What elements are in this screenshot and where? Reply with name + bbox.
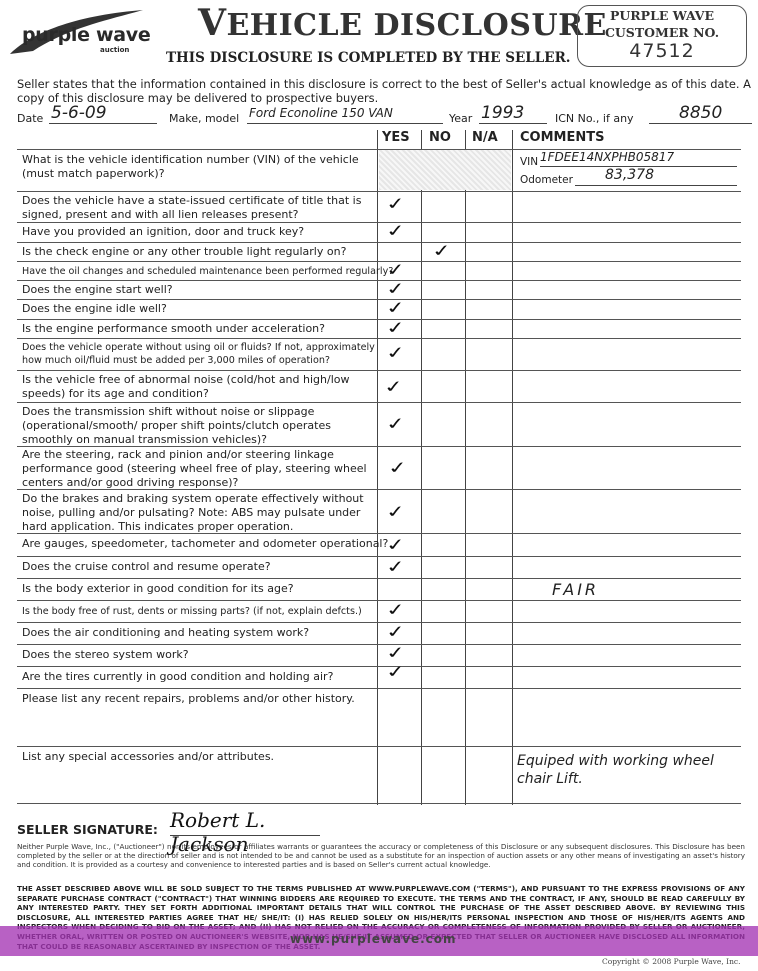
question-recent-repairs: Please list any recent repairs, problems… xyxy=(22,692,355,706)
yes-checkbox-engine-idle[interactable]: ✓ xyxy=(384,297,408,318)
page-title: VEHICLE DISCLOSURE xyxy=(198,2,607,44)
row-divider xyxy=(17,644,741,645)
row-divider xyxy=(17,402,741,403)
disclosure-table: YES NO N/A COMMENTS What is the vehicle … xyxy=(17,130,741,805)
column-divider xyxy=(377,130,378,805)
accessories-comment[interactable]: Equiped with working wheel chair Lift. xyxy=(517,752,732,788)
column-header-no: NO xyxy=(429,130,451,145)
make-model-label: Make, model xyxy=(169,112,239,125)
yes-checkbox-engine-start[interactable]: ✓ xyxy=(384,278,408,299)
row-divider xyxy=(17,338,741,339)
question-engine-start: Does the engine start well? xyxy=(22,283,173,297)
row-divider xyxy=(17,319,741,320)
question-engine-idle: Does the engine idle well? xyxy=(22,302,167,316)
row-divider xyxy=(17,556,741,557)
column-divider xyxy=(465,130,466,805)
question-oil-fluids: Does the vehicle operate without using o… xyxy=(22,341,377,367)
question-abnormal-noise: Is the vehicle free of abnormal noise (c… xyxy=(22,373,372,401)
logo-brand-text: purple wave xyxy=(22,24,150,46)
odometer-field[interactable]: 83,378 xyxy=(575,167,737,186)
customer-box-label-1: PURPLE WAVE xyxy=(578,9,746,23)
year-field[interactable]: 1993 xyxy=(479,104,547,124)
yes-checkbox-oil-fluids[interactable]: ✓ xyxy=(384,342,408,363)
date-field[interactable]: 5-6-09 xyxy=(49,104,157,124)
question-gauges: Are gauges, speedometer, tachometer and … xyxy=(22,537,388,551)
body-exterior-comment[interactable]: FAIR xyxy=(552,580,599,599)
yes-checkbox-keys[interactable]: ✓ xyxy=(384,220,408,241)
yes-checkbox-transmission[interactable]: ✓ xyxy=(384,413,408,434)
column-header-comments: COMMENTS xyxy=(520,130,604,145)
make-model-field[interactable]: Ford Econoline 150 VAN xyxy=(247,104,443,124)
question-brakes: Do the brakes and braking system operate… xyxy=(22,492,374,534)
question-cruise-control: Does the cruise control and resume opera… xyxy=(22,560,271,574)
question-vin: What is the vehicle identification numbe… xyxy=(22,153,362,181)
row-divider xyxy=(17,578,741,579)
yes-checkbox-rust-dents[interactable]: ✓ xyxy=(384,599,408,620)
yes-checkbox-steering[interactable]: ✓ xyxy=(386,457,410,478)
customer-box-label-2: CUSTOMER NO. xyxy=(578,26,746,40)
yes-checkbox-oil-changes[interactable]: ✓ xyxy=(384,259,408,280)
row-divider xyxy=(17,280,741,281)
date-label: Date xyxy=(17,112,43,125)
row-divider xyxy=(17,261,741,262)
logo-sub-text: auction xyxy=(100,46,129,54)
yes-checkbox-brakes[interactable]: ✓ xyxy=(384,501,408,522)
question-engine-performance: Is the engine performance smooth under a… xyxy=(22,322,325,336)
yes-checkbox-title[interactable]: ✓ xyxy=(384,193,408,214)
customer-number-box: PURPLE WAVE CUSTOMER NO. 47512 xyxy=(577,5,747,67)
question-rust-dents: Is the body free of rust, dents or missi… xyxy=(22,605,362,619)
disclaimer-text: Neither Purple Wave, Inc., ("Auctioneer"… xyxy=(17,842,745,869)
page-subtitle: THIS DISCLOSURE IS COMPLETED BY THE SELL… xyxy=(166,50,571,66)
seller-signature-label: SELLER SIGNATURE: xyxy=(17,822,158,837)
column-header-yes: YES xyxy=(382,130,410,145)
row-divider xyxy=(17,299,741,300)
column-divider xyxy=(421,130,422,805)
yes-checkbox-air-conditioning[interactable]: ✓ xyxy=(384,621,408,642)
row-divider xyxy=(17,600,741,601)
vin-field[interactable]: 1FDEE14NXPHB05817 xyxy=(540,150,737,167)
column-divider xyxy=(512,130,513,805)
odometer-label: Odometer xyxy=(520,174,573,186)
yes-checkbox-cruise-control[interactable]: ✓ xyxy=(384,556,408,577)
row-divider xyxy=(17,688,741,689)
yes-checkbox-engine-performance[interactable]: ✓ xyxy=(384,317,408,338)
question-tires: Are the tires currently in good conditio… xyxy=(22,670,333,684)
yes-checkbox-tires[interactable]: ✓ xyxy=(384,661,408,682)
icn-field[interactable]: 8850 xyxy=(649,104,752,124)
row-divider xyxy=(17,370,741,371)
table-bottom-line xyxy=(17,803,741,804)
question-steering: Are the steering, rack and pinion and/or… xyxy=(22,448,374,490)
question-air-conditioning: Does the air conditioning and heating sy… xyxy=(22,626,309,640)
watermark-text: www.purplewave.com xyxy=(290,932,457,946)
customer-number-value[interactable]: 47512 xyxy=(578,41,746,61)
year-label: Year xyxy=(449,112,472,125)
vehicle-info-row: Date 5-6-09 Make, model Ford Econoline 1… xyxy=(17,104,752,128)
question-oil-changes: Have the oil changes and scheduled maint… xyxy=(22,265,393,279)
row-divider xyxy=(17,622,741,623)
yes-checkbox-stereo[interactable]: ✓ xyxy=(384,642,408,663)
intro-statement: Seller states that the information conta… xyxy=(17,77,752,105)
question-transmission: Does the transmission shift without nois… xyxy=(22,405,374,447)
yes-checkbox-abnormal-noise[interactable]: ✓ xyxy=(382,376,406,397)
purple-wave-logo: purple wave auction xyxy=(8,6,158,58)
row-divider xyxy=(17,746,741,747)
row-divider xyxy=(17,222,741,223)
vin-label: VIN xyxy=(520,156,538,168)
question-special-accessories: List any special accessories and/or attr… xyxy=(22,750,274,764)
copyright-text: Copyright © 2008 Purple Wave, Inc. xyxy=(602,957,741,966)
yes-checkbox-gauges[interactable]: ✓ xyxy=(384,534,408,555)
question-stereo: Does the stereo system work? xyxy=(22,648,189,662)
no-checkbox-check-engine[interactable]: ✓ xyxy=(430,240,454,261)
question-body-exterior: Is the body exterior in good condition f… xyxy=(22,582,294,596)
row-divider xyxy=(17,666,741,667)
question-keys: Have you provided an ignition, door and … xyxy=(22,225,304,239)
row-divider xyxy=(17,191,741,192)
icn-label: ICN No., if any xyxy=(555,112,634,125)
seller-signature-field[interactable]: Robert L. Jackson xyxy=(170,808,320,836)
vin-row-shaded-cells xyxy=(379,150,511,190)
row-divider xyxy=(17,242,741,243)
column-header-na: N/A xyxy=(472,130,498,145)
question-title: Does the vehicle have a state-issued cer… xyxy=(22,194,374,222)
question-check-engine: Is the check engine or any other trouble… xyxy=(22,245,346,259)
